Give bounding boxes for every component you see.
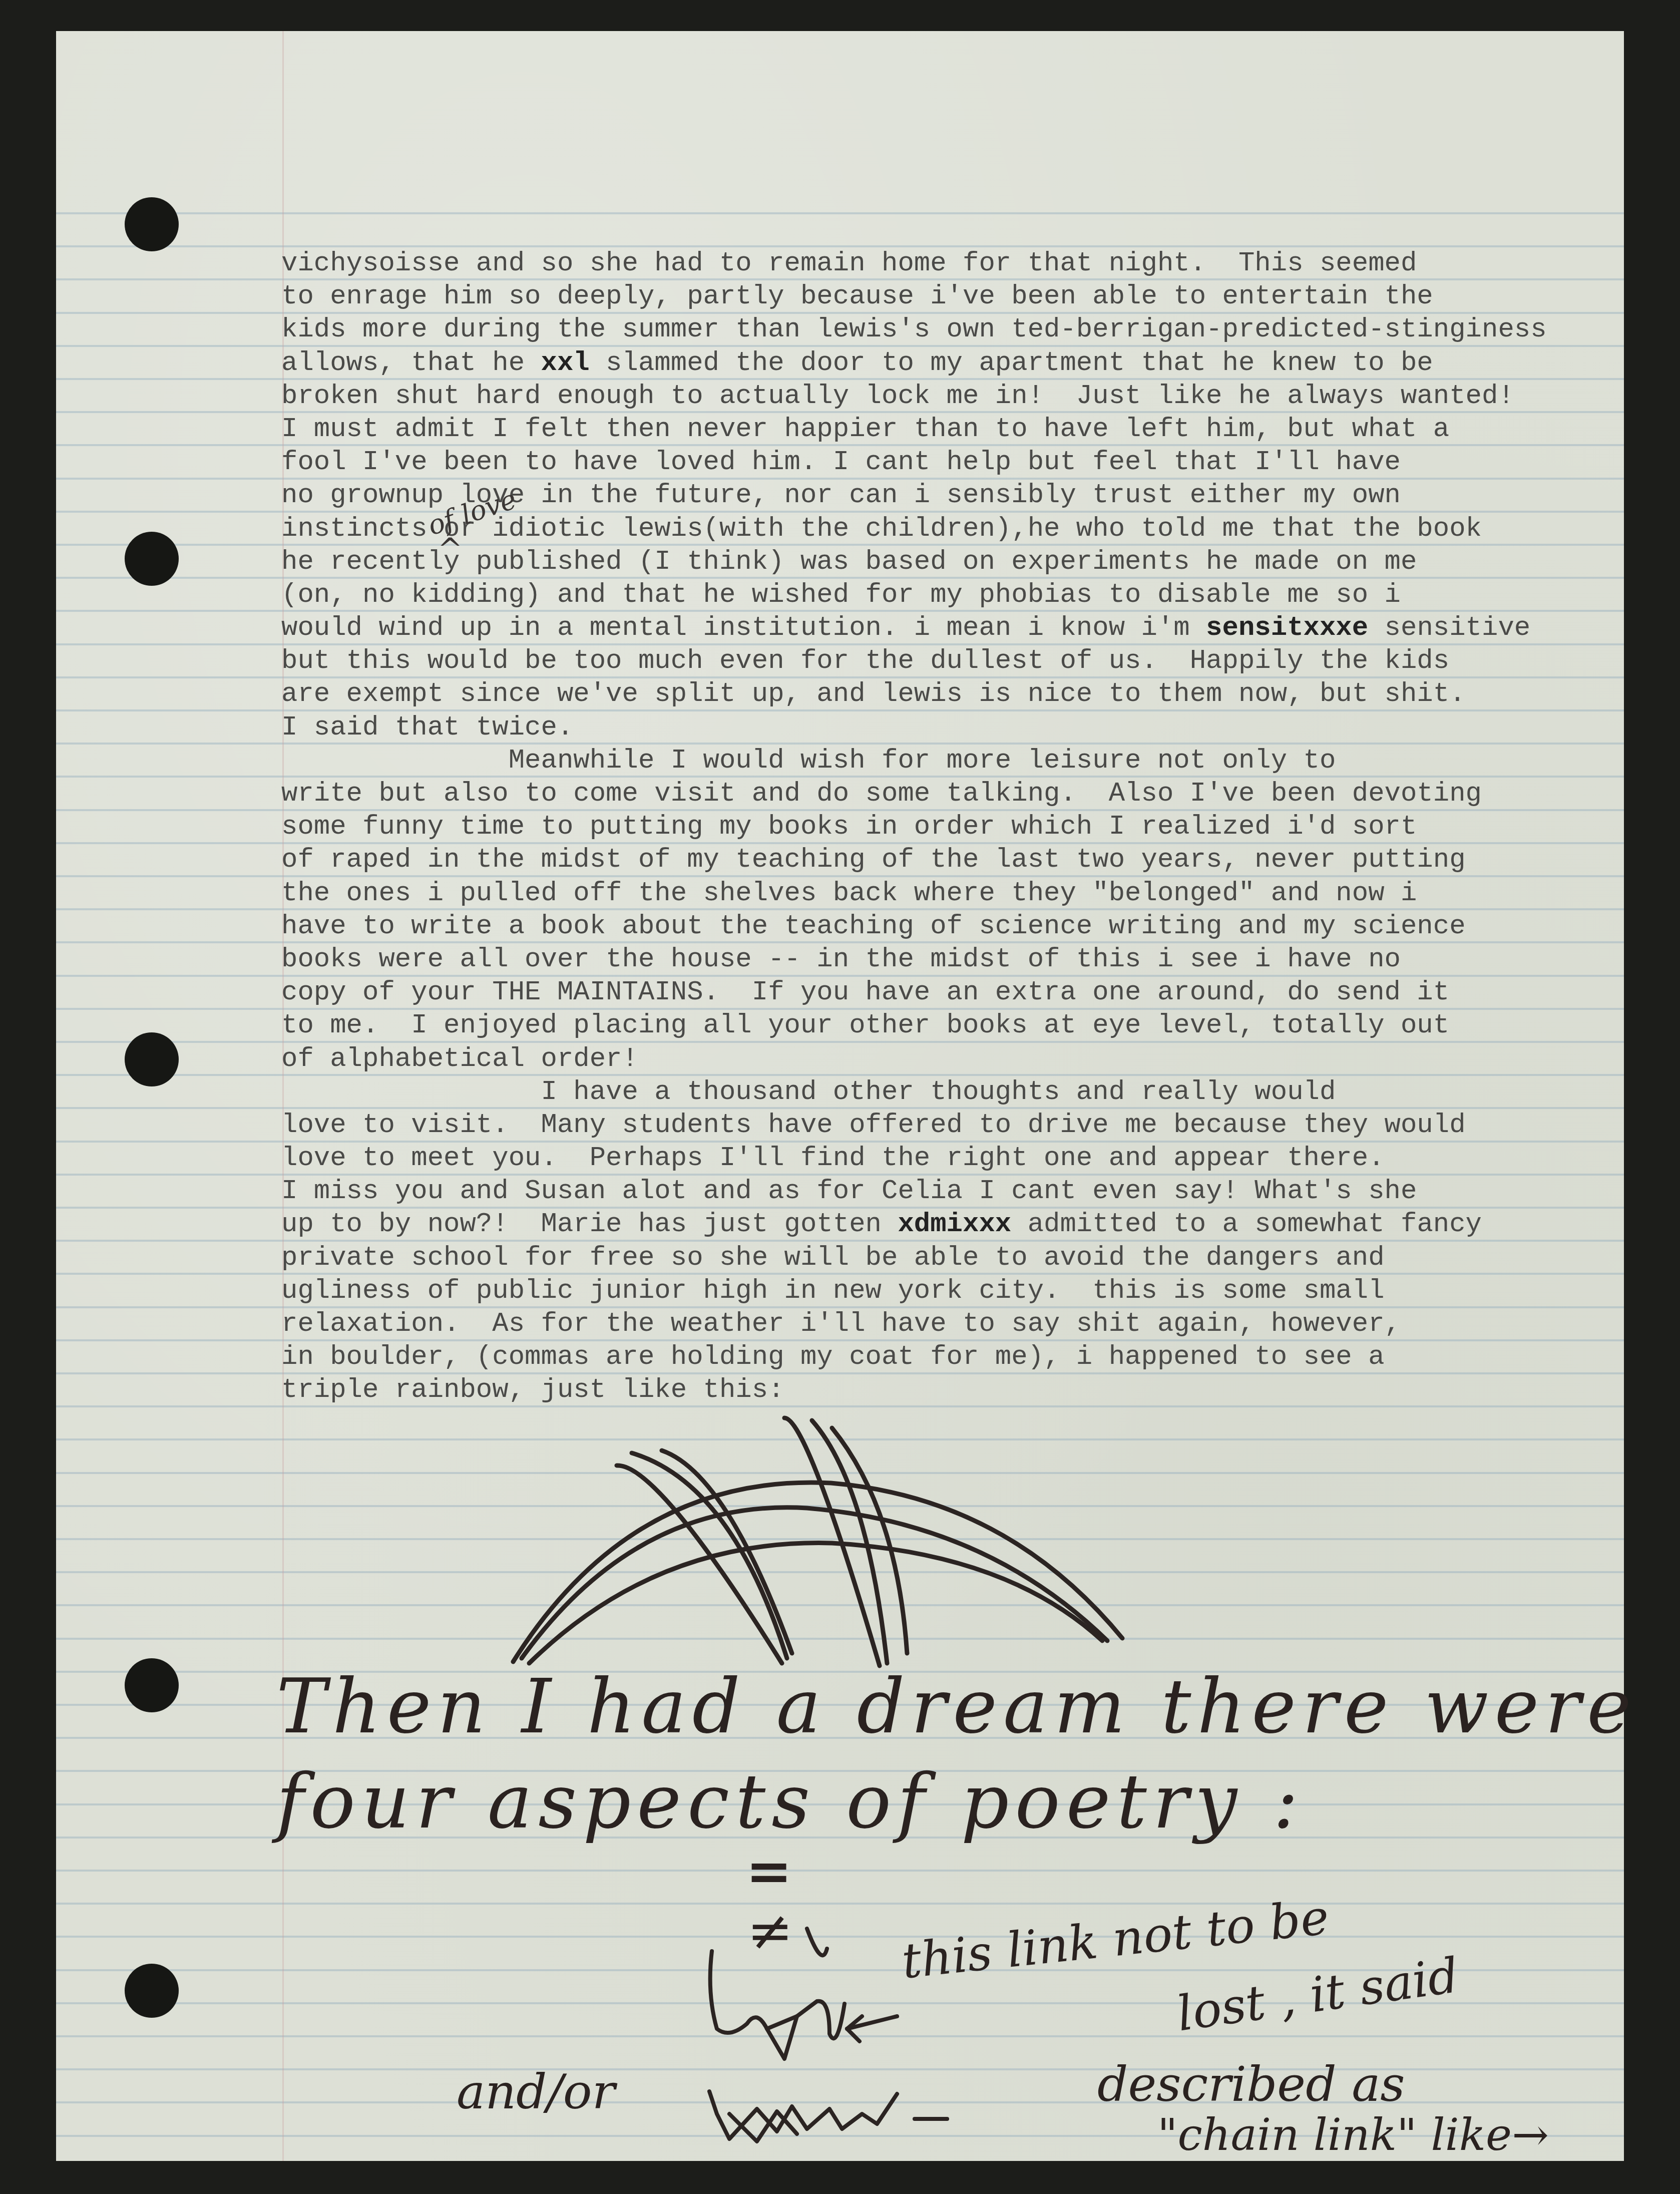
equals-symbol: =: [746, 1839, 792, 1903]
handwritten-line-1: Then I had a dream there were: [276, 1663, 1637, 1750]
letter-page: vichysoisse and so she had to remain hom…: [56, 31, 1624, 2161]
described-as-text: described as: [1097, 2056, 1405, 2112]
handwritten-line-2: four aspects of poetry :: [276, 1758, 1305, 1846]
chain-link-like-text: "chain link" like→: [1157, 2109, 1549, 2160]
and-or-text: and/or: [457, 2064, 615, 2120]
not-equals-symbol: ≠: [747, 1899, 793, 1963]
